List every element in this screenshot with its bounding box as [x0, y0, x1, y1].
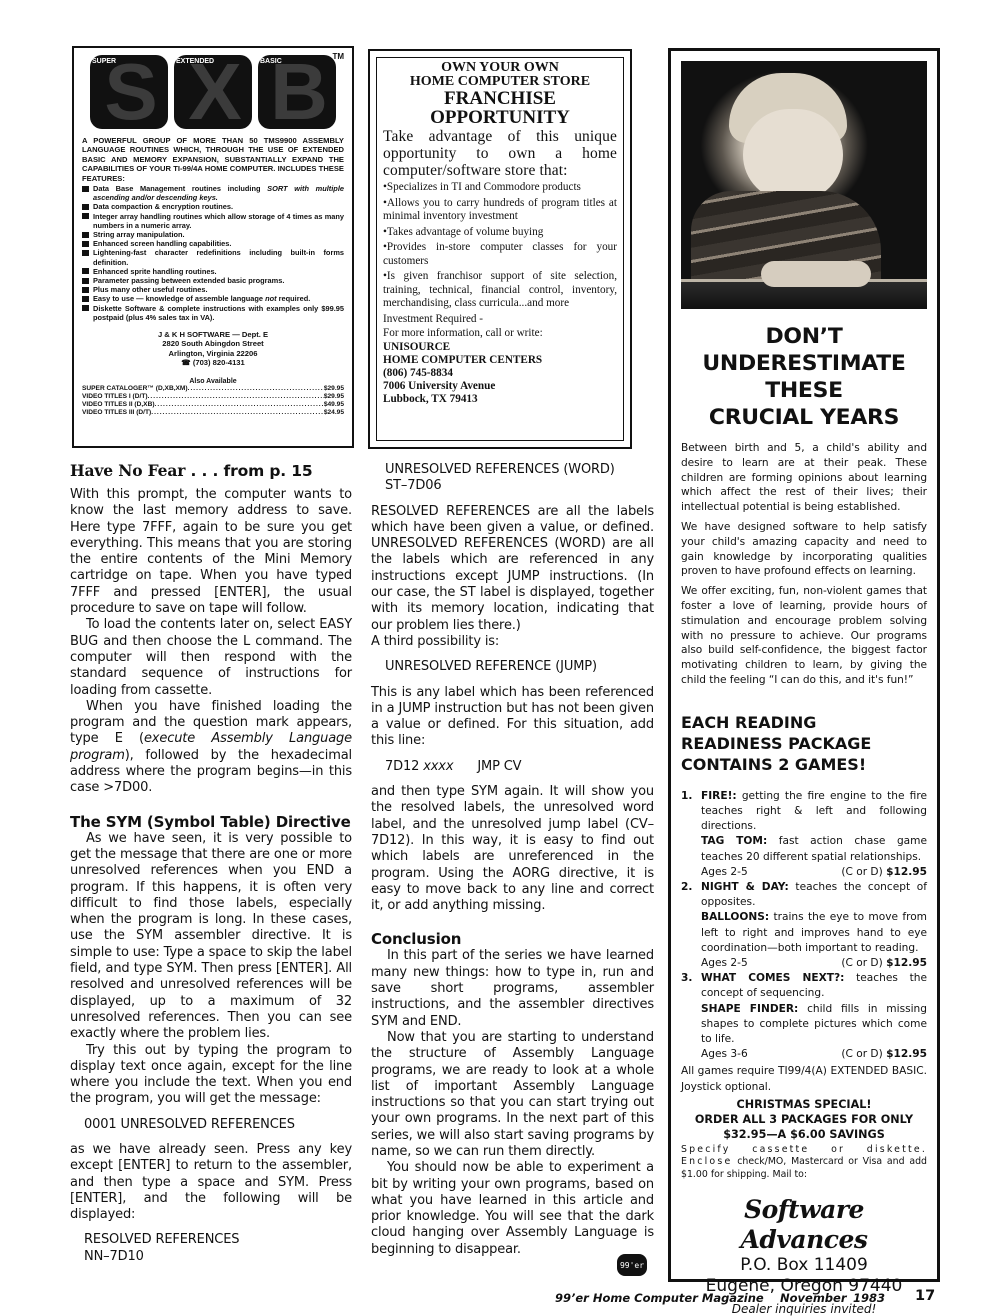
franchise-lead: Take advantage of this unique opportunit…: [383, 128, 617, 179]
game-package: 3. WHAT COMES NEXT?: teaches the concept…: [681, 971, 927, 1062]
page-footer: 99’er Home Computer Magazine November 19…: [0, 1288, 1000, 1308]
code-sample: 0001 UNRESOLVED REFERENCES: [70, 1117, 352, 1133]
article-paragraph: In this part of the series we have learn…: [371, 948, 654, 1029]
product-price: $29.95: [324, 393, 344, 401]
feature-item: Easy to use — knowledge of assemble lang…: [82, 294, 344, 303]
franchise-bullet: Allows you to carry hundreds of program …: [383, 197, 617, 224]
game-package: 1. FIRE!: getting the fire engine to the…: [681, 789, 927, 880]
franchise-contact: UNISOURCE HOME COMPUTER CENTERS (806) 74…: [383, 341, 617, 407]
sxb-advertisement: S SUPER X EXTENDED B BASIC TM A POWERFUL…: [72, 46, 354, 448]
product-row: SUPER CATALOGER™ (D,XB,XM)$29.95: [82, 385, 344, 393]
code-sample: UNRESOLVED REFERENCE (JUMP): [371, 659, 654, 675]
order-instructions: Specify cassette or diskette. Enclose ch…: [681, 1144, 927, 1181]
feature-item: String array manipulation.: [82, 230, 344, 239]
child-at-computer-photo: [681, 61, 927, 309]
product-price: $24.95: [324, 409, 344, 417]
product-price: $29.95: [324, 385, 344, 393]
system-requirements: All games require TI99/4(A) EXTENDED BAS…: [681, 1064, 927, 1094]
article-paragraph: and then type SYM again. It will show yo…: [371, 784, 654, 914]
brand-logo: Software Advances: [681, 1195, 927, 1255]
magazine-name: 99’er Home Computer Magazine: [555, 1291, 764, 1305]
feature-item: Data Base Management routines including …: [82, 184, 344, 202]
article-paragraph: Now that you are starting to understand …: [371, 1030, 654, 1160]
trademark-mark: TM: [332, 52, 344, 61]
feature-item: Parameter passing between extended basic…: [82, 276, 344, 285]
game-package-list: 1. FIRE!: getting the fire engine to the…: [681, 789, 927, 1063]
ad-body-copy: Between birth and 5, a child's ability a…: [681, 441, 927, 688]
franchise-heading-line: HOME COMPUTER STORE: [383, 75, 617, 89]
ad-headline: DON’T UNDERESTIMATE THESE CRUCIAL YEARS: [679, 323, 930, 431]
company-name: J & K H SOFTWARE — Dept. E: [82, 330, 344, 339]
package-price: $12.95: [886, 866, 927, 878]
company-phone: ☎ (703) 820-4131: [82, 358, 344, 367]
article-paragraph: When you have finished loading the progr…: [70, 699, 352, 797]
contact-phone: (806) 745-8834: [383, 367, 617, 380]
product-row: VIDEO TITLES II (D,XB)$49.95: [82, 401, 344, 409]
product-row: VIDEO TITLES I (D/T)$29.95: [82, 393, 344, 401]
package-heading: EACH READING READINESS PACKAGE CONTAINS …: [681, 712, 927, 775]
franchise-heading-large: OPPORTUNITY: [383, 109, 617, 127]
contact-line: 7006 University Avenue: [383, 380, 617, 393]
code-sample: UNRESOLVED REFERENCES (WORD) ST–7D06: [371, 462, 654, 495]
feature-item: Data compaction & encryption routines.: [82, 202, 344, 211]
code-sample: RESOLVED REFERENCES NN–7D10: [70, 1232, 352, 1265]
feature-item: Plus many other useful routines.: [82, 285, 344, 294]
franchise-advertisement: OWN YOUR OWN HOME COMPUTER STORE FRANCHI…: [368, 49, 632, 449]
article-paragraph: A third possibility is:: [371, 634, 654, 650]
product-price: $49.95: [324, 401, 344, 409]
franchise-heading-large: FRANCHISE: [383, 90, 617, 108]
contact-line: Lubbock, TX 79413: [383, 393, 617, 406]
also-available-label: Also Available: [82, 378, 344, 385]
page-number: 17: [915, 1288, 935, 1304]
package-price-row: Ages 3-6(C or D) $12.95: [701, 1047, 927, 1062]
sxb-logo-letter-b: B BASIC: [258, 55, 336, 129]
contact-line: HOME COMPUTER CENTERS: [383, 354, 617, 367]
article-column-2: UNRESOLVED REFERENCES (WORD) ST–7D06 RES…: [371, 462, 654, 1258]
article-continuation-title: Have No Fear . . . from p. 15: [70, 462, 352, 480]
section-heading-conclusion: Conclusion: [371, 930, 654, 948]
sxb-feature-list: Data Base Management routines including …: [82, 184, 344, 322]
game-package: 2. NIGHT & DAY: teaches the concept of o…: [681, 880, 927, 971]
christmas-special: CHRISTMAS SPECIAL! ORDER ALL 3 PACKAGES …: [681, 1097, 927, 1142]
ad-paragraph: Between birth and 5, a child's ability a…: [681, 441, 927, 515]
section-heading-sym: The SYM (Symbol Table) Directive: [70, 813, 352, 831]
franchise-bullet: Takes advantage of volume buying: [383, 226, 617, 240]
article-paragraph: as we have already seen. Press any key e…: [70, 1142, 352, 1223]
code-sample: 7D12 xxxx JMP CV: [371, 759, 654, 775]
franchise-bullet-list: Specializes in TI and Commodore products…: [383, 181, 617, 311]
article-column-1: Have No Fear . . . from p. 15 With this …: [70, 462, 352, 1274]
sxb-intro: A POWERFUL GROUP OF MORE THAN 50 TMS9900…: [82, 136, 344, 183]
product-price-list: SUPER CATALOGER™ (D,XB,XM)$29.95 VIDEO T…: [82, 385, 344, 417]
contact-line: UNISOURCE: [383, 341, 617, 354]
feature-item: Diskette Software & complete instruction…: [82, 304, 344, 322]
franchise-ad-inner: OWN YOUR OWN HOME COMPUTER STORE FRANCHI…: [376, 57, 624, 441]
software-advances-advertisement: DON’T UNDERESTIMATE THESE CRUCIAL YEARS …: [668, 48, 940, 1282]
article-paragraph: As we have seen, it is very possible to …: [70, 831, 352, 1043]
package-price: $12.95: [886, 957, 927, 969]
sxb-logo-letter-x: X EXTENDED: [174, 55, 252, 129]
franchise-bullet: Provides in-store computer classes for y…: [383, 241, 617, 268]
article-end-logo-icon: 99'er: [617, 1254, 647, 1276]
article-paragraph: To load the contents later on, select EA…: [70, 617, 352, 698]
sxb-company-address: J & K H SOFTWARE — Dept. E 2820 South Ab…: [82, 330, 344, 368]
feature-item: Lightening-fast character redefinitions …: [82, 248, 344, 266]
franchise-bullet: Is given franchisor support of site sele…: [383, 270, 617, 311]
company-city: Arlington, Virginia 22206: [82, 349, 344, 358]
ad-paragraph: We have designed software to help satisf…: [681, 520, 927, 579]
article-paragraph: You should now be able to experiment a b…: [371, 1160, 654, 1258]
product-row: VIDEO TITLES III (D/T)$24.95: [82, 409, 344, 417]
feature-item: Enhanced sprite handling routines.: [82, 267, 344, 276]
article-paragraph: Try this out by typing the program to di…: [70, 1043, 352, 1108]
issue-month: November: [780, 1291, 847, 1305]
sxb-logo: S SUPER X EXTENDED B BASIC TM: [82, 52, 344, 132]
investment-note: Investment Required -: [383, 313, 617, 327]
franchise-heading-line: OWN YOUR OWN: [383, 61, 617, 75]
package-price-row: Ages 2-5(C or D) $12.95: [701, 865, 927, 880]
article-paragraph: This is any label which has been referen…: [371, 685, 654, 750]
issue-year: 1983: [853, 1291, 885, 1305]
franchise-bullet: Specializes in TI and Commodore products: [383, 181, 617, 195]
sxb-logo-letter-s: S SUPER: [90, 55, 168, 129]
feature-item: Enhanced screen handling capabilities.: [82, 239, 344, 248]
contact-intro: For more information, call or write:: [383, 327, 617, 341]
company-street: 2820 South Abingdon Street: [82, 339, 344, 348]
ad-paragraph: We offer exciting, fun, non-violent game…: [681, 584, 927, 688]
package-price: $12.95: [886, 1048, 927, 1060]
article-paragraph: RESOLVED REFERENCES are all the labels w…: [371, 504, 654, 634]
package-price-row: Ages 2-5(C or D) $12.95: [701, 956, 927, 971]
feature-item: Integer array handling routines which al…: [82, 212, 344, 230]
article-paragraph: With this prompt, the computer wants to …: [70, 487, 352, 617]
